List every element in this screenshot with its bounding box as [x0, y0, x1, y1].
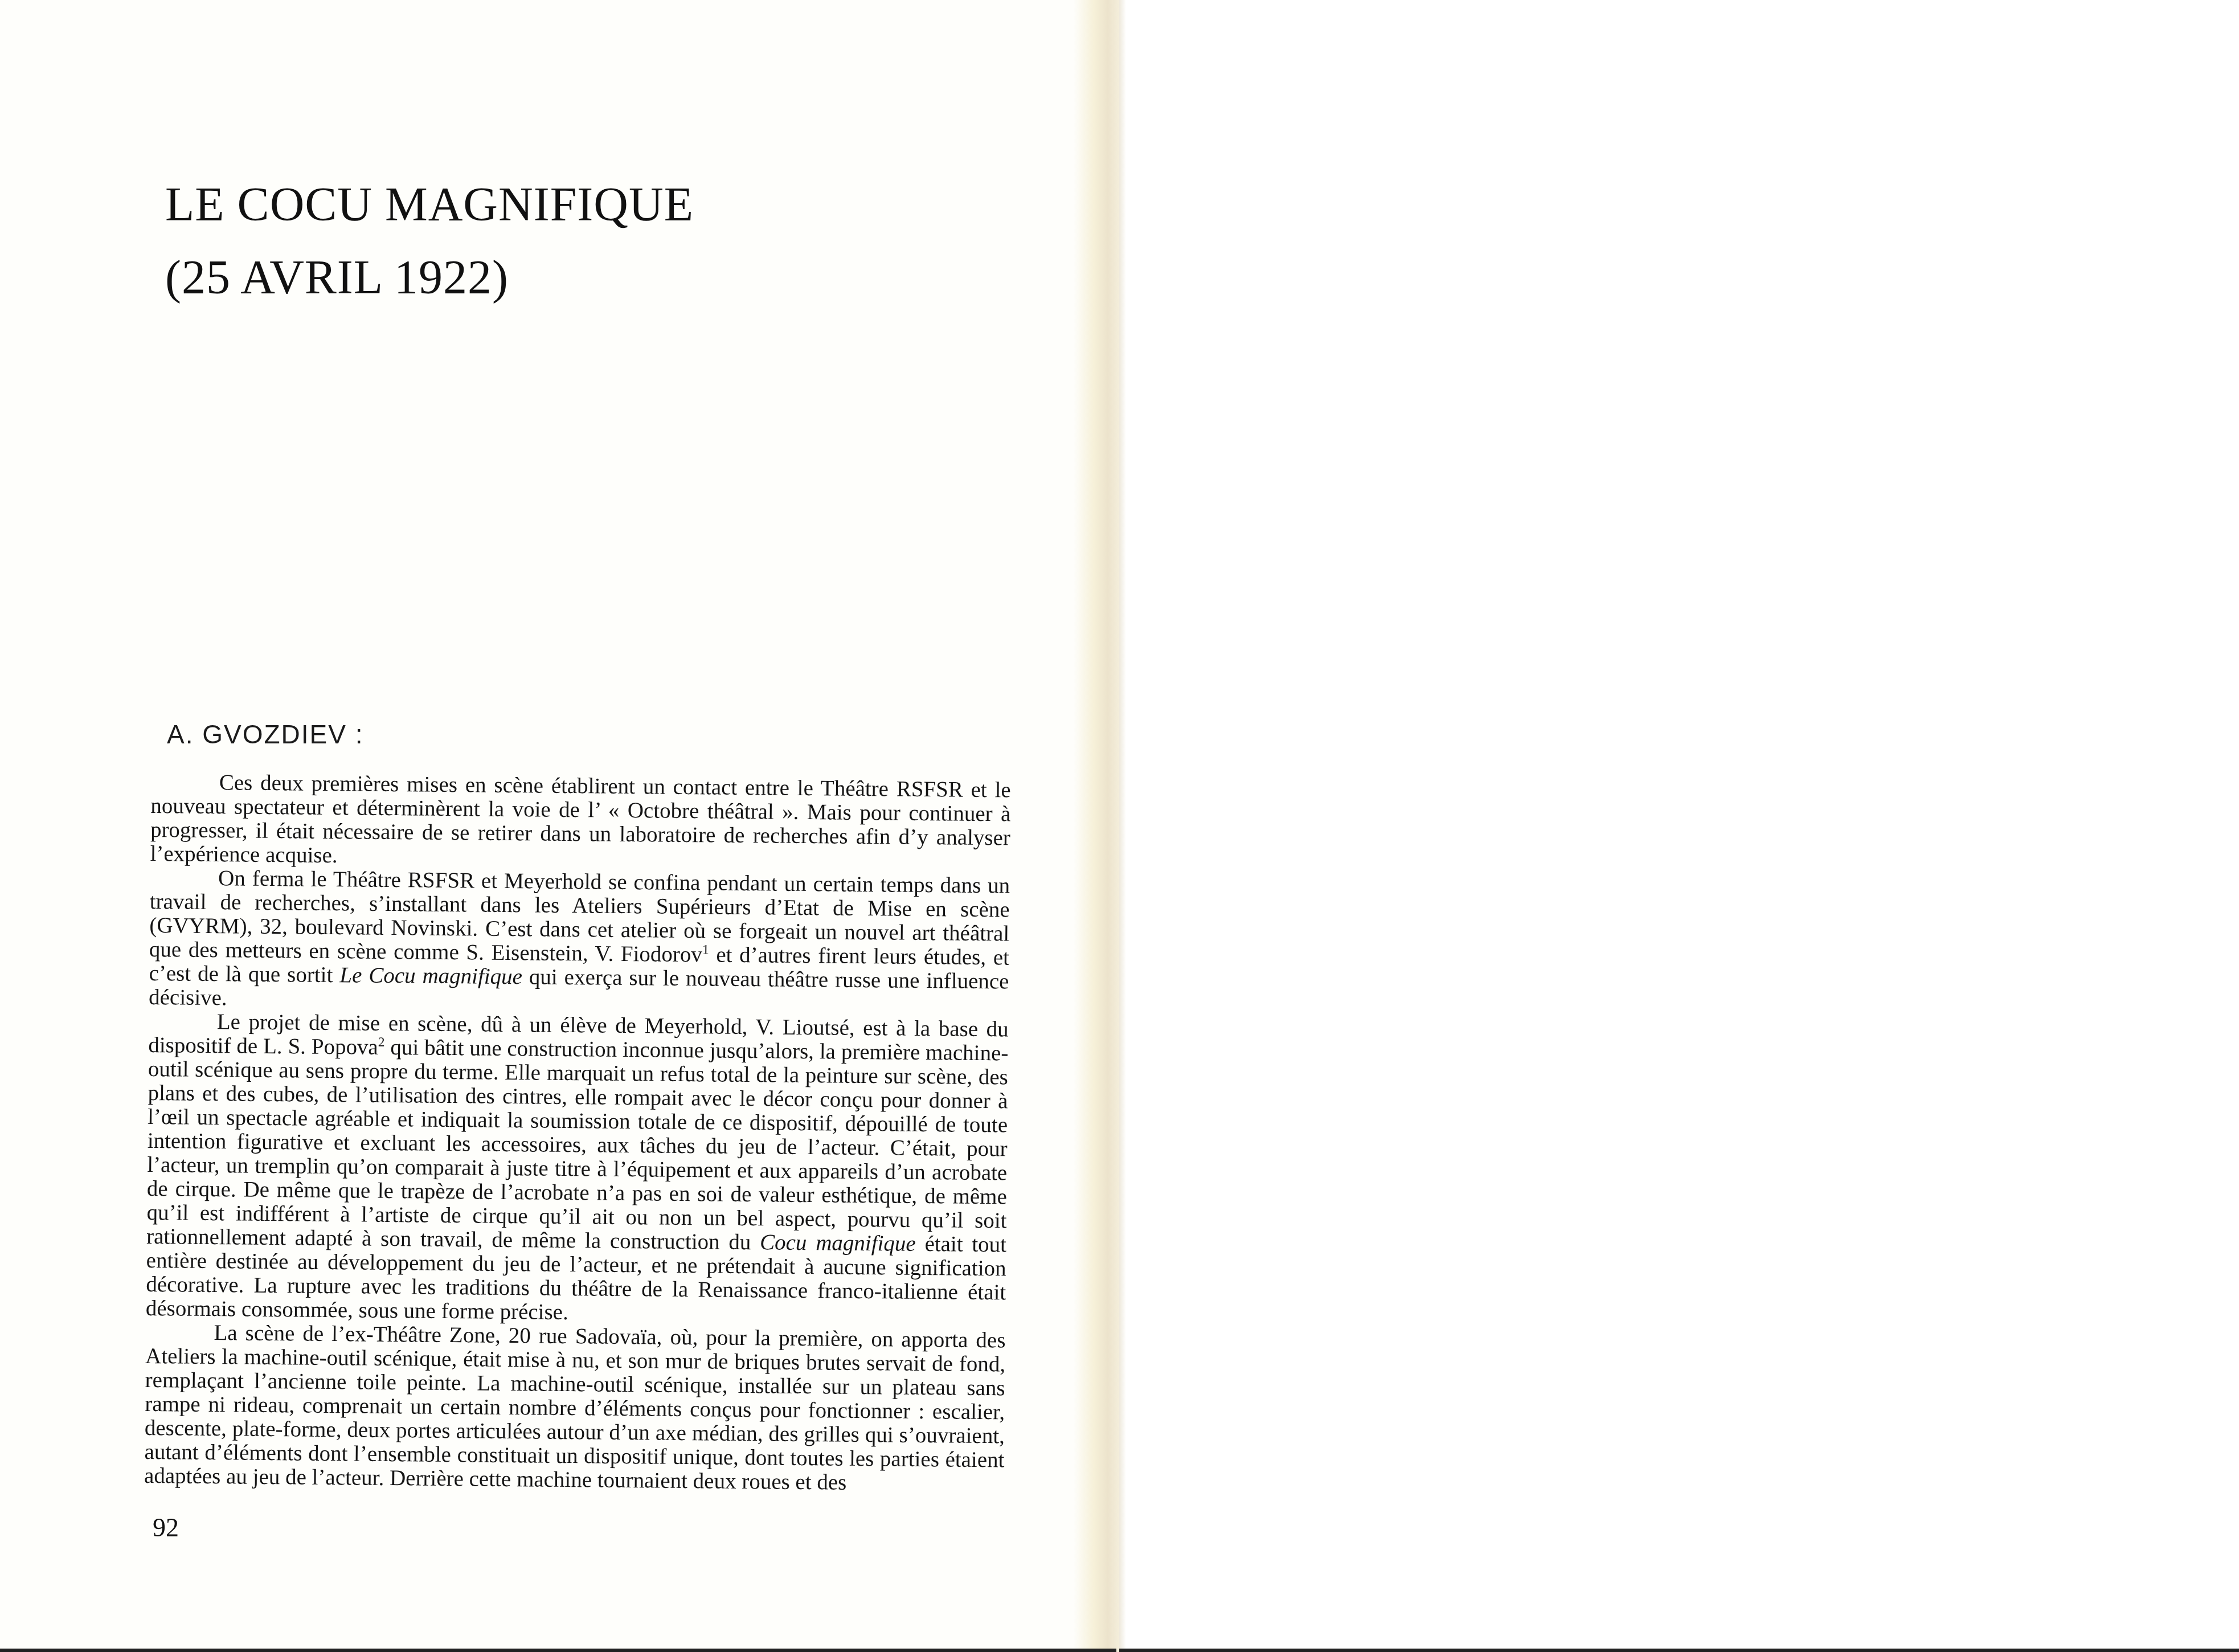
- chapter-title: LE COCU MAGNIFIQUE (25 AVRIL 1922): [165, 169, 849, 314]
- left-body-text: Ces deux premières mises en scène établi…: [144, 770, 1011, 1496]
- italic-title: Cocu magnifique: [760, 1230, 916, 1256]
- footnote-ref: 1: [702, 942, 709, 957]
- left-page: LE COCU MAGNIFIQUE (25 AVRIL 1922) A. GV…: [0, 0, 1119, 1652]
- paragraph: Ces deux premières mises en scène établi…: [150, 770, 1011, 874]
- page-bottom-edge: [0, 1649, 1116, 1652]
- chapter-title-line-1: LE COCU MAGNIFIQUE: [165, 169, 849, 242]
- right-page: ailes de moulin qui, lors des montées dr…: [1119, 0, 2239, 1652]
- chapter-title-line-2: (25 AVRIL 1922): [165, 242, 849, 314]
- paragraph: Le projet de mise en scène, dû à un élèv…: [146, 1009, 1009, 1328]
- footnote-ref: 2: [378, 1035, 385, 1050]
- paragraph: La scène de l’ex-Théâtre Zone, 20 rue Sa…: [144, 1320, 1006, 1496]
- book-gutter-shadow: [1074, 0, 1119, 1652]
- page-number-left: 92: [153, 1512, 179, 1543]
- italic-title: Le Cocu magnifique: [339, 963, 522, 989]
- paragraph: On ferma le Théâtre RSFSR et Meyerhold s…: [149, 866, 1010, 1017]
- page-bottom-edge-right: [1119, 1649, 2239, 1652]
- book-gutter-shadow-right: [1119, 0, 1126, 1652]
- author-heading: A. GVOZDIEV :: [167, 719, 364, 750]
